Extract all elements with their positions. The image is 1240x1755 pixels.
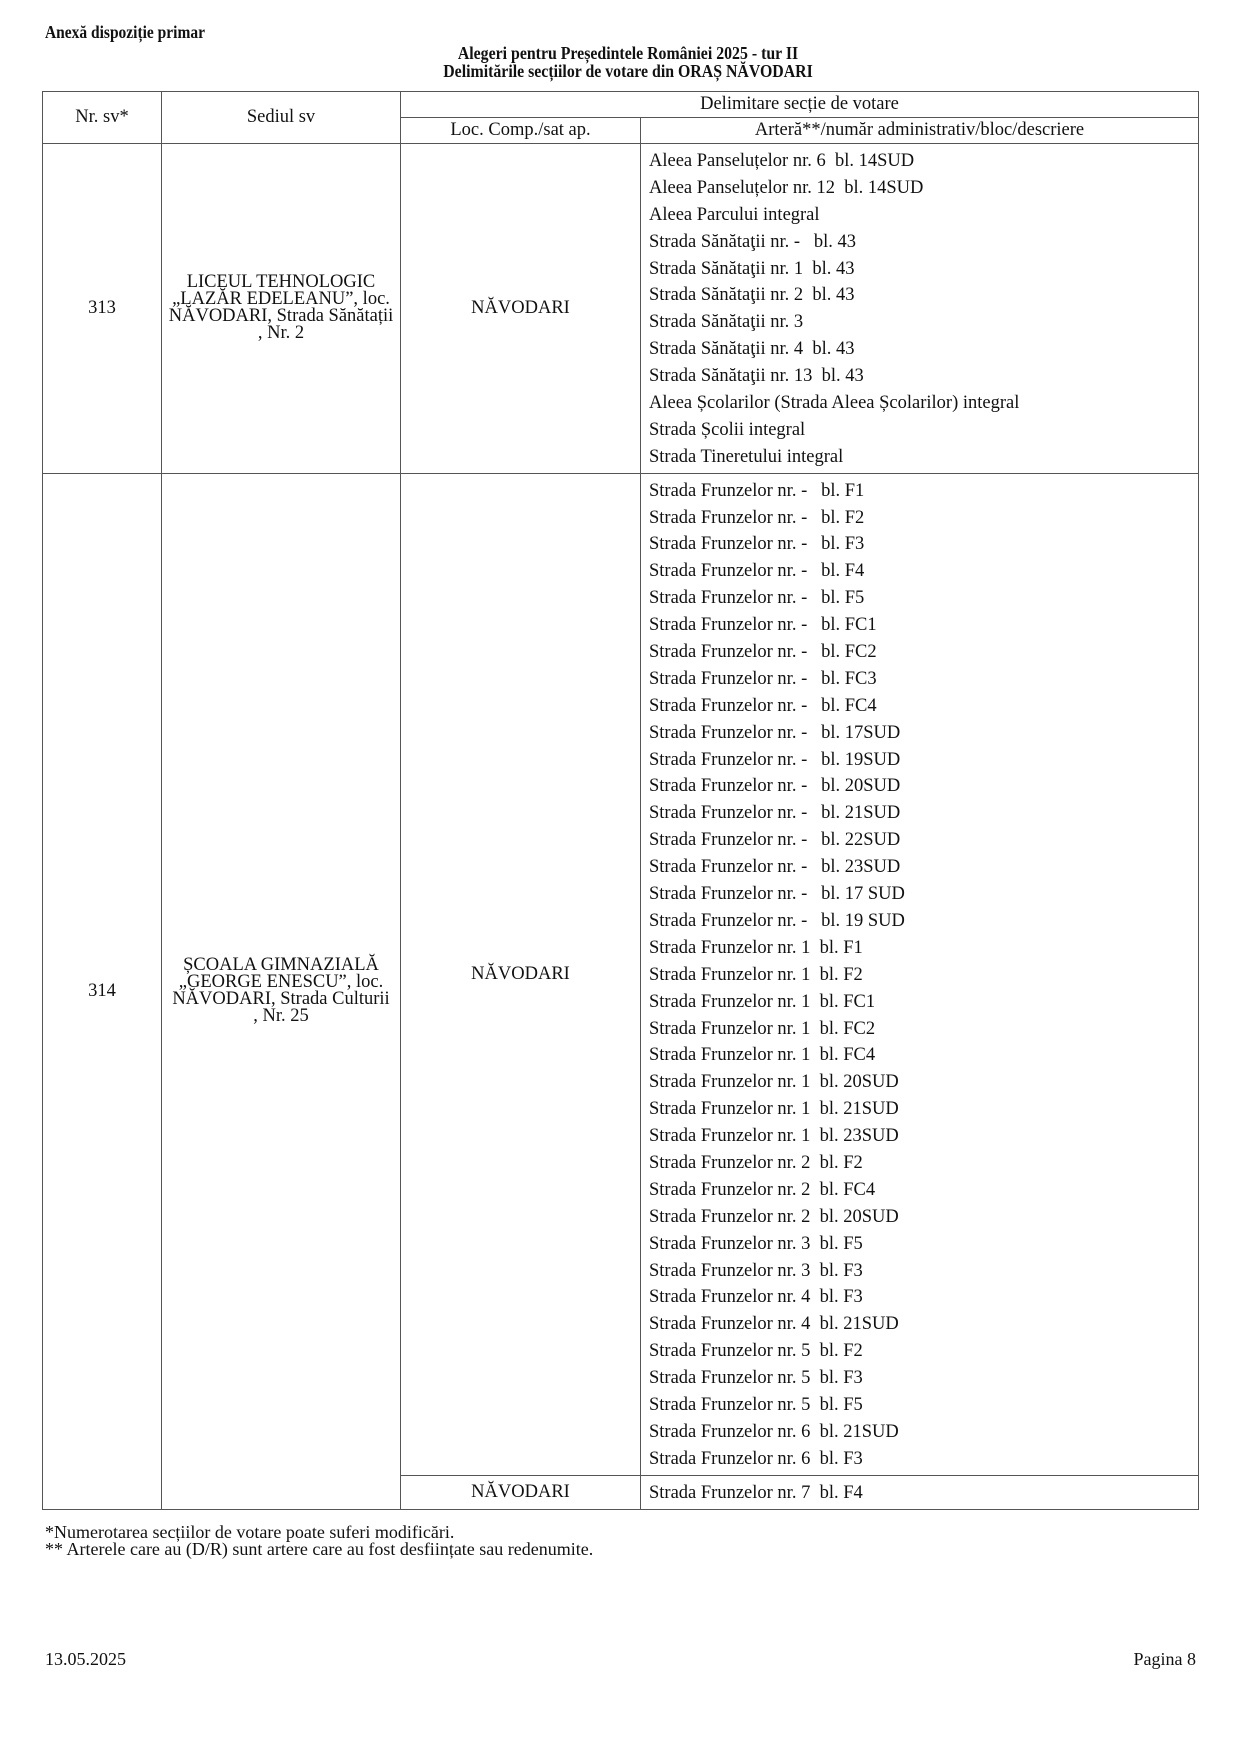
artery-item: Aleea Parcului integral (649, 202, 1198, 229)
section-seat: ȘCOALA GIMNAZIALĂ „GEORGE ENESCU”, loc. … (162, 473, 401, 1509)
artery-item: Strada Frunzelor nr. 2 bl. F2 (649, 1150, 1198, 1177)
artery-item: Strada Sănătaţii nr. 2 bl. 43 (649, 282, 1198, 309)
annex-label: Anexă dispoziție primar (45, 22, 205, 43)
artery-item: Strada Frunzelor nr. 1 bl. FC4 (649, 1042, 1198, 1069)
artery-item: Strada Frunzelor nr. - bl. 22SUD (649, 827, 1198, 854)
artery-item: Strada Sănătaţii nr. - bl. 43 (649, 229, 1198, 256)
artery-item: Strada Frunzelor nr. 1 bl. FC2 (649, 1016, 1198, 1043)
footnotes: *Numerotarea secțiilor de votare poate s… (45, 1524, 593, 1558)
section-seat-text: LICEUL TEHNOLOGIC „LAZĂR EDELEANU”, loc.… (162, 274, 400, 342)
section-number: 314 (43, 473, 162, 1509)
locality: NĂVODARI (401, 473, 641, 1475)
artery-item: Strada Frunzelor nr. 5 bl. F5 (649, 1392, 1198, 1419)
artery-item: Strada Frunzelor nr. 3 bl. F5 (649, 1231, 1198, 1258)
artery-item: Strada Frunzelor nr. - bl. FC2 (649, 639, 1198, 666)
artery-item: Strada Școlii integral (649, 417, 1198, 444)
artery-item: Strada Frunzelor nr. 3 bl. F3 (649, 1258, 1198, 1285)
footnote-arteries: ** Arterele care au (D/R) sunt artere ca… (45, 1541, 593, 1558)
artery-item: Aleea Panseluțelor nr. 6 bl. 14SUD (649, 148, 1198, 175)
artery-item: Strada Frunzelor nr. 1 bl. F2 (649, 962, 1198, 989)
artery-list: Strada Frunzelor nr. 7 bl. F4 (641, 1475, 1199, 1509)
artery-item: Strada Frunzelor nr. - bl. F2 (649, 505, 1198, 532)
artery-item: Strada Sănătaţii nr. 4 bl. 43 (649, 336, 1198, 363)
artery-list: Strada Frunzelor nr. - bl. F1Strada Frun… (641, 473, 1199, 1475)
locality: NĂVODARI (401, 144, 641, 474)
table-row: 313LICEUL TEHNOLOGIC „LAZĂR EDELEANU”, l… (43, 144, 1199, 474)
artery-item: Strada Frunzelor nr. 1 bl. 20SUD (649, 1069, 1198, 1096)
section-number: 313 (43, 144, 162, 474)
artery-item: Aleea Școlarilor (Strada Aleea Școlarilo… (649, 390, 1198, 417)
artery-item: Strada Sănătaţii nr. 13 bl. 43 (649, 363, 1198, 390)
header-nr-sv: Nr. sv* (43, 92, 162, 144)
table-body: 313LICEUL TEHNOLOGIC „LAZĂR EDELEANU”, l… (43, 144, 1199, 1510)
artery-item: Strada Frunzelor nr. - bl. 23SUD (649, 854, 1198, 881)
artery-item: Strada Frunzelor nr. 1 bl. F1 (649, 935, 1198, 962)
document-title: Alegeri pentru Președintele României 202… (0, 44, 1240, 80)
header-loc-comp: Loc. Comp./sat ap. (401, 118, 641, 144)
artery-item: Strada Frunzelor nr. - bl. F5 (649, 585, 1198, 612)
footer-date: 13.05.2025 (45, 1649, 126, 1670)
title-line-1: Alegeri pentru Președintele României 202… (82, 44, 1173, 62)
artery-item: Strada Frunzelor nr. - bl. F3 (649, 531, 1198, 558)
artery-item: Strada Frunzelor nr. - bl. 20SUD (649, 773, 1198, 800)
artery-item: Strada Frunzelor nr. 5 bl. F2 (649, 1338, 1198, 1365)
artery-item: Strada Frunzelor nr. 6 bl. F3 (649, 1446, 1198, 1473)
artery-item: Strada Frunzelor nr. 4 bl. 21SUD (649, 1311, 1198, 1338)
artery-item: Strada Frunzelor nr. 6 bl. 21SUD (649, 1419, 1198, 1446)
header-artera: Arteră**/număr administrativ/bloc/descri… (641, 118, 1199, 144)
artery-item: Strada Frunzelor nr. 5 bl. F3 (649, 1365, 1198, 1392)
artery-item: Strada Frunzelor nr. - bl. FC4 (649, 693, 1198, 720)
artery-item: Strada Frunzelor nr. - bl. FC3 (649, 666, 1198, 693)
artery-item: Strada Frunzelor nr. 1 bl. FC1 (649, 989, 1198, 1016)
artery-item: Strada Frunzelor nr. 2 bl. FC4 (649, 1177, 1198, 1204)
artery-item: Strada Frunzelor nr. - bl. 19SUD (649, 747, 1198, 774)
artery-item: Strada Frunzelor nr. - bl. FC1 (649, 612, 1198, 639)
artery-item: Strada Frunzelor nr. 7 bl. F4 (649, 1480, 1198, 1507)
artery-item: Strada Frunzelor nr. 1 bl. 21SUD (649, 1096, 1198, 1123)
section-seat-text: ȘCOALA GIMNAZIALĂ „GEORGE ENESCU”, loc. … (162, 957, 400, 1025)
artery-item: Strada Frunzelor nr. 1 bl. 23SUD (649, 1123, 1198, 1150)
header-delimitare: Delimitare secție de votare (401, 92, 1199, 118)
artery-item: Strada Tineretului integral (649, 444, 1198, 471)
artery-item: Strada Frunzelor nr. - bl. F4 (649, 558, 1198, 585)
artery-item: Aleea Panseluțelor nr. 12 bl. 14SUD (649, 175, 1198, 202)
table-row: 314ȘCOALA GIMNAZIALĂ „GEORGE ENESCU”, lo… (43, 473, 1199, 1475)
artery-item: Strada Frunzelor nr. 2 bl. 20SUD (649, 1204, 1198, 1231)
delimitation-table: Nr. sv* Sediul sv Delimitare secție de v… (42, 91, 1199, 1510)
artery-item: Strada Sănătaţii nr. 1 bl. 43 (649, 256, 1198, 283)
title-line-2: Delimitările secțiilor de votare din ORA… (82, 62, 1173, 80)
artery-list: Aleea Panseluțelor nr. 6 bl. 14SUDAleea … (641, 144, 1199, 474)
artery-item: Strada Frunzelor nr. 4 bl. F3 (649, 1284, 1198, 1311)
header-sediul-sv: Sediul sv (162, 92, 401, 144)
artery-item: Strada Frunzelor nr. - bl. 17 SUD (649, 881, 1198, 908)
artery-item: Strada Frunzelor nr. - bl. 21SUD (649, 800, 1198, 827)
section-seat: LICEUL TEHNOLOGIC „LAZĂR EDELEANU”, loc.… (162, 144, 401, 474)
artery-item: Strada Frunzelor nr. - bl. 17SUD (649, 720, 1198, 747)
artery-item: Strada Frunzelor nr. - bl. F1 (649, 478, 1198, 505)
artery-item: Strada Sănătaţii nr. 3 (649, 309, 1198, 336)
footer-page-number: Pagina 8 (1134, 1649, 1197, 1670)
artery-item: Strada Frunzelor nr. - bl. 19 SUD (649, 908, 1198, 935)
locality: NĂVODARI (401, 1475, 641, 1509)
